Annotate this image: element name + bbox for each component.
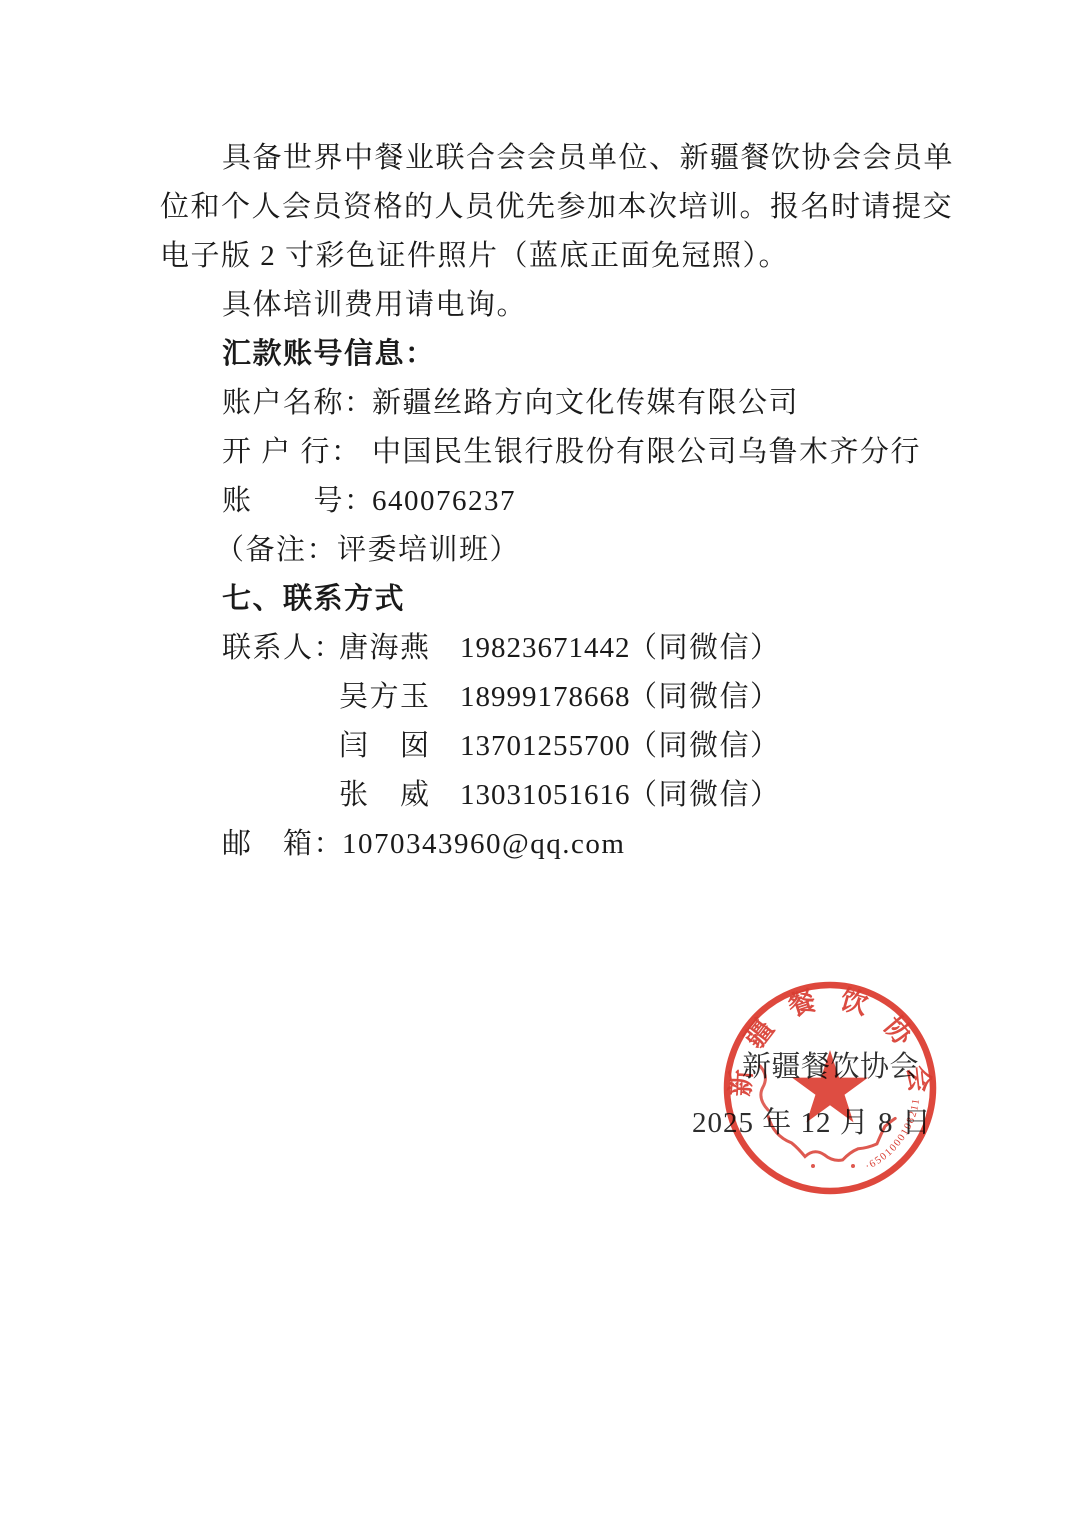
- contact-name: 唐海燕: [339, 624, 460, 673]
- contact-wechat-note: （同微信）: [628, 730, 781, 762]
- seal-star-icon: [792, 1050, 868, 1122]
- contact-phone: 19823671442: [460, 624, 628, 673]
- contact-phone: 13701255700: [460, 722, 628, 771]
- contact-row-1: 联系人：唐海燕19823671442（同微信）: [160, 624, 926, 673]
- contact-row-3: 闫 囡13701255700（同微信）: [160, 722, 926, 771]
- contact-phone: 13031051616: [460, 771, 628, 820]
- contact-heading: 七、联系方式: [160, 575, 926, 624]
- bank-label: 开 户 行：: [222, 428, 372, 477]
- contact-name: 张 威: [339, 771, 460, 820]
- account-name-label: 账户名称：: [222, 379, 372, 428]
- email-label: 邮 箱：: [222, 820, 342, 869]
- account-number-label: 账 号：: [222, 477, 372, 526]
- seal-serial-number: ·6501000108211: [864, 1097, 923, 1173]
- official-seal-stamp: 新疆餐饮协会 ·6501000108211: [718, 976, 942, 1200]
- email-row: 邮 箱：1070343960@qq.com: [160, 820, 926, 869]
- seal-script-dot: [811, 1164, 815, 1168]
- contact-row-4: 张 威13031051616（同微信）: [160, 771, 926, 820]
- fee-note: 具体培训费用请电询。: [160, 281, 926, 330]
- document-page: 具备世界中餐业联合会会员单位、新疆餐饮协会会员单 位和个人会员资格的人员优先参加…: [0, 0, 1080, 1527]
- remittance-row-account-name: 账户名称：新疆丝路方向文化传媒有限公司: [160, 379, 926, 428]
- seal-uyghur-script: [768, 1117, 895, 1161]
- intro-line-1: 具备世界中餐业联合会会员单位、新疆餐饮协会会员单: [160, 134, 926, 183]
- seal-script-dot: [851, 1164, 855, 1168]
- seal-uyghur-script-left: [760, 1066, 768, 1110]
- contact-row-2: 吴方玉18999178668（同微信）: [160, 673, 926, 722]
- intro-line-2: 位和个人会员资格的人员优先参加本次培训。报名时请提交: [160, 183, 926, 232]
- contact-wechat-note: （同微信）: [628, 681, 781, 713]
- bank-value: 中国民生银行股份有限公司乌鲁木齐分行: [372, 436, 921, 468]
- remittance-heading: 汇款账号信息：: [160, 330, 926, 379]
- document-body: 具备世界中餐业联合会会员单位、新疆餐饮协会会员单 位和个人会员资格的人员优先参加…: [160, 134, 926, 869]
- contact-label: 联系人：: [222, 624, 339, 673]
- remittance-row-account-number: 账 号：640076237: [160, 477, 926, 526]
- email-value: 1070343960@qq.com: [342, 828, 625, 860]
- account-name-value: 新疆丝路方向文化传媒有限公司: [372, 387, 799, 419]
- remittance-note: （备注：评委培训班）: [160, 526, 926, 575]
- contact-name: 闫 囡: [339, 722, 460, 771]
- intro-line-3: 电子版 2 寸彩色证件照片（蓝底正面免冠照）。: [160, 232, 926, 281]
- contact-phone: 18999178668: [460, 673, 628, 722]
- remittance-row-bank: 开 户 行：中国民生银行股份有限公司乌鲁木齐分行: [160, 428, 926, 477]
- contact-wechat-note: （同微信）: [628, 779, 781, 811]
- contact-name: 吴方玉: [339, 673, 460, 722]
- account-number-value: 640076237: [372, 485, 516, 517]
- contact-wechat-note: （同微信）: [628, 632, 781, 664]
